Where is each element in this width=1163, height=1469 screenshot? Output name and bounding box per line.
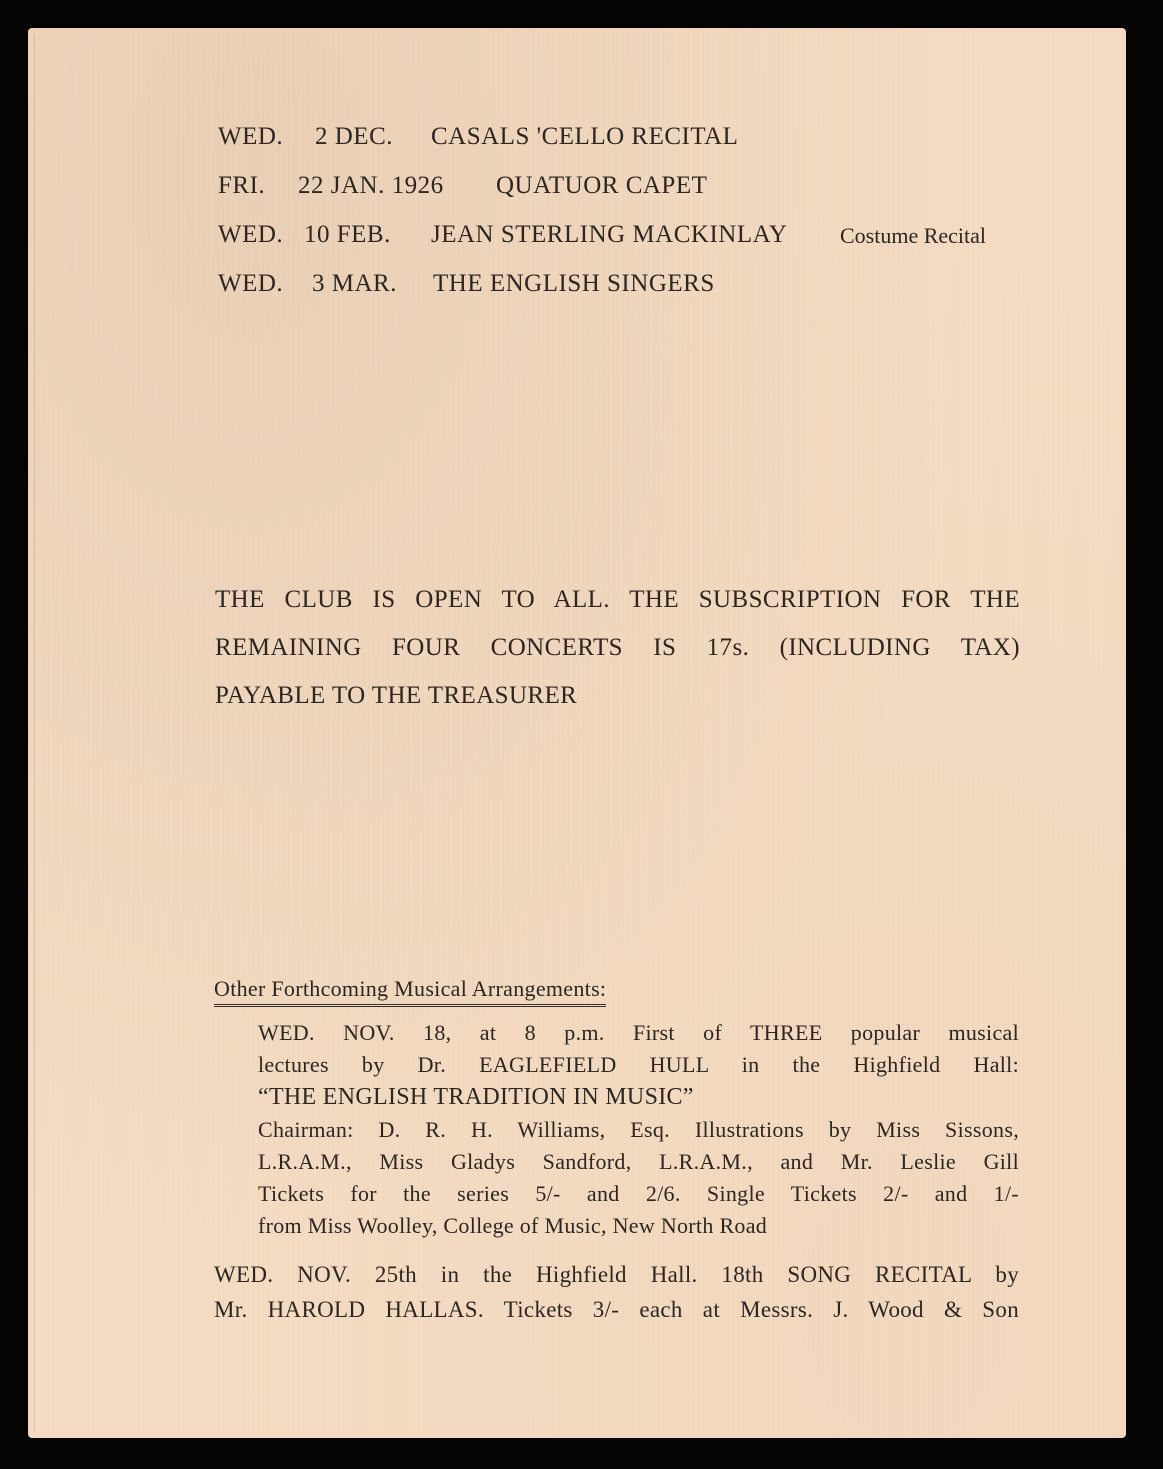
event-line: Tickets for the series 5/- and 2/6. Sing… — [258, 1178, 1019, 1210]
event-line: Mr. HAROLD HALLAS. Tickets 3/- each at M… — [214, 1292, 1019, 1327]
section-heading: Other Forthcoming Musical Arrangements: — [214, 976, 606, 1007]
notice-line: REMAINING FOUR CONCERTS IS 17s. (INCLUDI… — [215, 624, 1020, 672]
schedule-date: 2 DEC. — [315, 123, 393, 151]
event-line: L.R.A.M., Miss Gladys Sandford, L.R.A.M.… — [258, 1146, 1019, 1178]
schedule-date: 3 MAR. — [312, 270, 397, 298]
event-line: from Miss Woolley, College of Music, New… — [258, 1210, 1019, 1242]
other-arrangements: Other Forthcoming Musical Arrangements: … — [214, 976, 1019, 1327]
event-line: WED. NOV. 25th in the Highfield Hall. 18… — [214, 1257, 1019, 1292]
event-song-recital: WED. NOV. 25th in the Highfield Hall. 18… — [214, 1257, 1019, 1327]
subscription-notice: THE CLUB IS OPEN TO ALL. THE SUBSCRIPTIO… — [215, 576, 1020, 720]
schedule-performer: JEAN STERLING MACKINLAY — [431, 221, 787, 249]
event-line: WED. NOV. 18, at 8 p.m. First of THREE p… — [258, 1017, 1019, 1049]
schedule-date: 10 FEB. — [304, 221, 391, 249]
schedule-performer: QUATUOR CAPET — [496, 172, 707, 200]
schedule-day: WED. — [218, 123, 283, 151]
notice-line: THE CLUB IS OPEN TO ALL. THE SUBSCRIPTIO… — [215, 576, 1020, 624]
schedule-day: WED. — [218, 221, 283, 249]
event-lectures: WED. NOV. 18, at 8 p.m. First of THREE p… — [258, 1017, 1019, 1242]
event-line: lectures by Dr. EAGLEFIELD HULL in the H… — [258, 1049, 1019, 1081]
programme-page: WED. 2 DEC. CASALS 'CELLO RECITAL FRI. 2… — [28, 28, 1126, 1438]
event-line: Chairman: D. R. H. Williams, Esq. Illust… — [258, 1114, 1019, 1146]
schedule-performer: THE ENGLISH SINGERS — [433, 270, 715, 298]
schedule-day: WED. — [218, 270, 283, 298]
schedule-note: Costume Recital — [840, 223, 986, 249]
schedule-day: FRI. — [218, 172, 265, 200]
schedule-performer: CASALS 'CELLO RECITAL — [431, 123, 738, 151]
schedule-date: 22 JAN. 1926 — [298, 172, 444, 200]
event-title: “THE ENGLISH TRADITION IN MUSIC” — [258, 1081, 1019, 1114]
notice-line: PAYABLE TO THE TREASURER — [215, 672, 1020, 720]
